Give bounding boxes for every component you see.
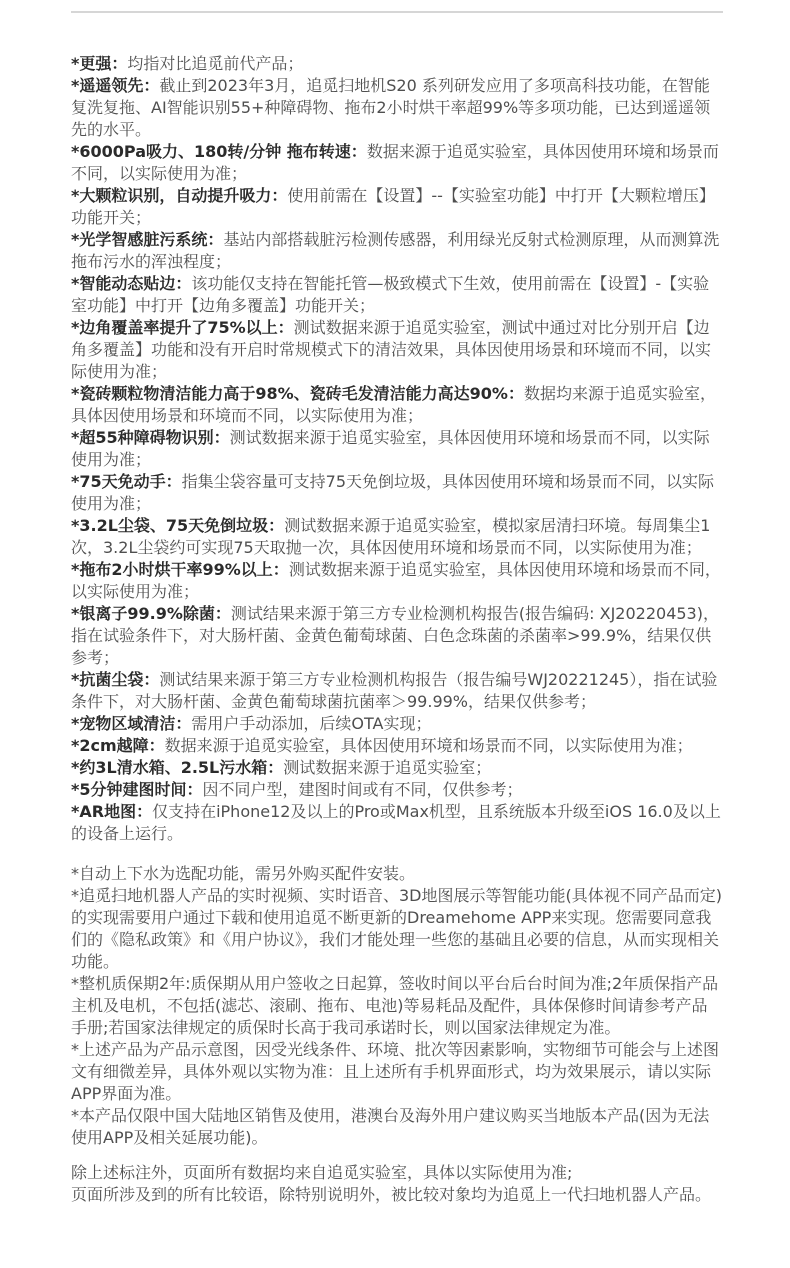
note-text: *自动上下水为选配功能，需另外购买配件安装。: [71, 864, 415, 883]
note-item: *3.2L尘袋、75天免倒垃圾：测试数据来源于追觅实验室，模拟家居清扫环境。每周…: [71, 515, 722, 559]
notes-section-footer-notes: 除上述标注外，页面所有数据均来自追觅实验室，具体以实际使用为准;页面所涉及到的所…: [71, 1162, 722, 1206]
note-item: *75天免动手：指集尘袋容量可支持75天免倒垃圾，具体因使用环境和场景而不同，以…: [71, 471, 722, 515]
note-label: *约3L清水箱、2.5L污水箱：: [71, 758, 283, 777]
note-label: *银离子99.9%除菌：: [71, 604, 231, 623]
note-label: *超55种障碍物识别：: [71, 428, 230, 447]
note-label: *75天免动手：: [71, 472, 182, 491]
note-item: *智能动态贴边：该功能仅支持在智能托管—极致模式下生效，使用前需在【设置】-【实…: [71, 273, 722, 317]
note-item: *大颗粒识别，自动提升吸力：使用前需在【设置】--【实验室功能】中打开【大颗粒增…: [71, 185, 722, 229]
note-text: *本产品仅限中国大陆地区销售及使用，港澳台及海外用户建议购买当地版本产品(因为无…: [71, 1106, 709, 1147]
note-item: *2cm越障：数据来源于追觅实验室，具体因使用环境和场景而不同，以实际使用为准；: [71, 735, 722, 757]
note-item: *5分钟建图时间：因不同户型，建图时间或有不同，仅供参考；: [71, 779, 722, 801]
note-text: 测试数据来源于追觅实验室；: [283, 758, 491, 777]
disclaimer-page: *更强：均指对比追觅前代产品；*遥遥领先：截止到2023年3月，追觅扫地机S20…: [0, 0, 790, 1268]
note-item: *银离子99.9%除菌：测试结果来源于第三方专业检测机构报告(报告编码: XJ2…: [71, 603, 722, 669]
note-text: 除上述标注外，页面所有数据均来自追觅实验室，具体以实际使用为准;: [71, 1163, 572, 1182]
note-item: 除上述标注外，页面所有数据均来自追觅实验室，具体以实际使用为准;: [71, 1162, 722, 1184]
note-label: *边角覆盖率提升了75%以上：: [71, 318, 294, 337]
note-text: *整机质保期2年:质保期从用户签收之日起算，签收时间以平台后台时间为准;2年质保…: [71, 974, 718, 1037]
note-label: *遥遥领先：: [71, 76, 159, 95]
note-label: *2cm越障：: [71, 736, 165, 755]
note-item: *追觅扫地机器人产品的实时视频、实时语音、3D地图展示等智能功能(具体视不同产品…: [71, 885, 722, 973]
note-item: *光学智感脏污系统：基站内部搭载脏污检测传感器，利用绿光反射式检测原理，从而测算…: [71, 229, 722, 273]
note-item: *抗菌尘袋：测试结果来源于第三方专业检测机构报告（报告编号WJ20221245）…: [71, 669, 722, 713]
note-item: *整机质保期2年:质保期从用户签收之日起算，签收时间以平台后台时间为准;2年质保…: [71, 973, 722, 1039]
note-label: *更强：: [71, 54, 127, 73]
note-text: 页面所涉及到的所有比较语，除特别说明外，被比较对象均为追觅上一代扫地机器人产品。: [71, 1185, 711, 1204]
note-item: *超55种障碍物识别：测试数据来源于追觅实验室，具体因使用环境和场景而不同，以实…: [71, 427, 722, 471]
note-label: *智能动态贴边：: [71, 274, 191, 293]
note-item: *拖布2小时烘干率99%以上：测试数据来源于追觅实验室，具体因使用环境和场景而不…: [71, 559, 722, 603]
note-text: 仅支持在iPhone12及以上的Pro或Max机型，且系统版本升级至iOS 16…: [71, 802, 721, 843]
note-label: *抗菌尘袋：: [71, 670, 159, 689]
note-text: 因不同户型，建图时间或有不同，仅供参考；: [203, 780, 523, 799]
note-label: *6000Pa吸力、180转/分钟 拖布转速：: [71, 142, 367, 161]
note-item: 页面所涉及到的所有比较语，除特别说明外，被比较对象均为追觅上一代扫地机器人产品。: [71, 1184, 722, 1206]
section-divider: [71, 11, 723, 13]
note-item: *本产品仅限中国大陆地区销售及使用，港澳台及海外用户建议购买当地版本产品(因为无…: [71, 1105, 722, 1149]
note-text: 截止到2023年3月，追觅扫地机S20 系列研发应用了多项高科技功能，在智能复洗…: [71, 76, 710, 139]
note-label: *瓷砖颗粒物清洁能力高于98%、瓷砖毛发清洁能力高达90%：: [71, 384, 524, 403]
note-text: 数据来源于追觅实验室，具体因使用环境和场景而不同，以实际使用为准；: [165, 736, 693, 755]
note-label: *拖布2小时烘干率99%以上：: [71, 560, 289, 579]
disclaimer-content: *更强：均指对比追觅前代产品；*遥遥领先：截止到2023年3月，追觅扫地机S20…: [0, 53, 790, 1206]
note-label: *3.2L尘袋、75天免倒垃圾：: [71, 516, 284, 535]
notes-section-general-notes: *自动上下水为选配功能，需另外购买配件安装。*追觅扫地机器人产品的实时视频、实时…: [71, 863, 722, 1149]
note-text: *上述产品为产品示意图，因受光线条件、环境、批次等因素影响，实物细节可能会与上述…: [71, 1040, 719, 1103]
note-item: *遥遥领先：截止到2023年3月，追觅扫地机S20 系列研发应用了多项高科技功能…: [71, 75, 722, 141]
note-item: *AR地图：仅支持在iPhone12及以上的Pro或Max机型，且系统版本升级至…: [71, 801, 722, 845]
note-item: *宠物区域清洁：需用户手动添加，后续OTA实现；: [71, 713, 722, 735]
note-text: *追觅扫地机器人产品的实时视频、实时语音、3D地图展示等智能功能(具体视不同产品…: [71, 886, 722, 971]
note-item: *约3L清水箱、2.5L污水箱：测试数据来源于追觅实验室；: [71, 757, 722, 779]
notes-section-spec-notes: *更强：均指对比追觅前代产品；*遥遥领先：截止到2023年3月，追觅扫地机S20…: [71, 53, 722, 845]
note-item: *更强：均指对比追觅前代产品；: [71, 53, 722, 75]
note-text: 均指对比追觅前代产品；: [127, 54, 303, 73]
note-label: *光学智感脏污系统：: [71, 230, 223, 249]
note-item: *6000Pa吸力、180转/分钟 拖布转速：数据来源于追觅实验室，具体因使用环…: [71, 141, 722, 185]
note-text: 需用户手动添加，后续OTA实现；: [191, 714, 431, 733]
note-item: *边角覆盖率提升了75%以上：测试数据来源于追觅实验室，测试中通过对比分别开启【…: [71, 317, 722, 383]
note-label: *宠物区域清洁：: [71, 714, 191, 733]
note-item: *瓷砖颗粒物清洁能力高于98%、瓷砖毛发清洁能力高达90%：数据均来源于追觅实验…: [71, 383, 722, 427]
note-text: 测试结果来源于第三方专业检测机构报告（报告编号WJ20221245），指在试验条…: [71, 670, 717, 711]
note-item: *自动上下水为选配功能，需另外购买配件安装。: [71, 863, 722, 885]
note-label: *5分钟建图时间：: [71, 780, 203, 799]
note-label: *AR地图：: [71, 802, 152, 821]
note-label: *大颗粒识别，自动提升吸力：: [71, 186, 287, 205]
note-item: *上述产品为产品示意图，因受光线条件、环境、批次等因素影响，实物细节可能会与上述…: [71, 1039, 722, 1105]
